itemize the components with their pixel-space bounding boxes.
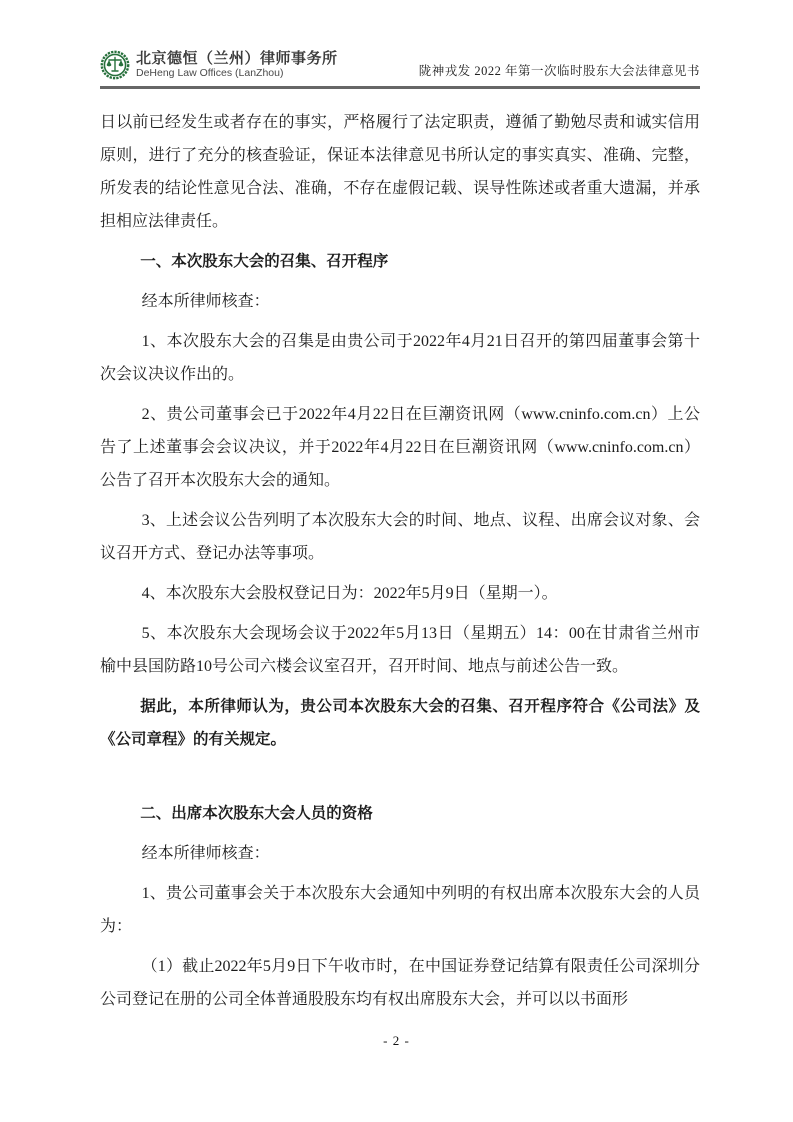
firm-name-en: DeHeng Law Offices (LanZhou)	[136, 67, 338, 80]
page-number: - 2 -	[0, 1033, 793, 1049]
section2-item-2: （1）截止2022年5月9日下午收市时，在中国证券登记结算有限责任公司深圳分公司…	[100, 950, 700, 1016]
firm-name-zh: 北京德恒（兰州）律师事务所	[136, 50, 338, 67]
page-header: 北京德恒（兰州）律师事务所 DeHeng Law Offices (LanZho…	[100, 50, 700, 89]
doc-title: 陇神戎发 2022 年第一次临时股东大会法律意见书	[419, 61, 700, 80]
section1-item-2: 2、贵公司董事会已于2022年4月22日在巨潮资讯网（www.cninfo.co…	[100, 398, 700, 497]
section1-item-3: 3、上述会议公告列明了本次股东大会的时间、地点、议程、出席会议对象、会议召开方式…	[100, 504, 700, 570]
section1-intro: 经本所律师核查：	[100, 285, 700, 318]
section1-item-1: 1、本次股东大会的召集是由贵公司于2022年4月21日召开的第四届董事会第十次会…	[100, 325, 700, 391]
section2-heading: 二、出席本次股东大会人员的资格	[100, 797, 700, 830]
section2-item-1: 1、贵公司董事会关于本次股东大会通知中列明的有权出席本次股东大会的人员为：	[100, 877, 700, 943]
document-page: 北京德恒（兰州）律师事务所 DeHeng Law Offices (LanZho…	[0, 0, 793, 1122]
section1-item-4: 4、本次股东大会股权登记日为：2022年5月9日（星期一）。	[100, 577, 700, 610]
header-divider	[100, 86, 700, 89]
section1-conclusion: 据此，本所律师认为，贵公司本次股东大会的召集、召开程序符合《公司法》及《公司章程…	[100, 690, 700, 756]
section1-heading: 一、本次股东大会的召集、召开程序	[100, 245, 700, 278]
document-body: 日以前已经发生或者存在的事实，严格履行了法定职责，遵循了勤勉尽责和诚实信用原则，…	[100, 106, 700, 1023]
paragraph-continuation: 日以前已经发生或者存在的事实，严格履行了法定职责，遵循了勤勉尽责和诚实信用原则，…	[100, 106, 700, 238]
deheng-logo-icon	[100, 50, 130, 80]
section2-intro: 经本所律师核查：	[100, 837, 700, 870]
law-firm-brand: 北京德恒（兰州）律师事务所 DeHeng Law Offices (LanZho…	[100, 50, 338, 80]
section1-item-5: 5、本次股东大会现场会议于2022年5月13日（星期五）14：00在甘肃省兰州市…	[100, 617, 700, 683]
